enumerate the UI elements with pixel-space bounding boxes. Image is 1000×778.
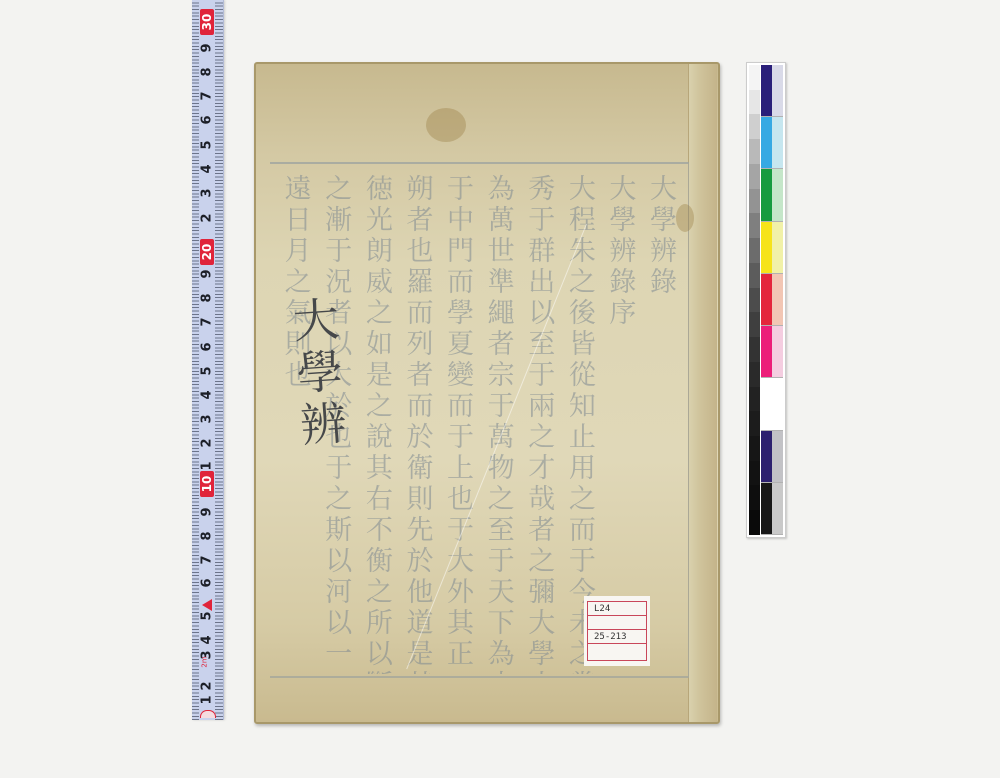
ruler-label: 8 [201, 288, 215, 309]
gray-patch [749, 65, 760, 90]
gray-patch [749, 461, 760, 486]
label-row [588, 616, 646, 630]
text-column: 為萬世準繩者宗于萬物之至于天下為本 [481, 174, 516, 674]
ruler-label: 20 [200, 239, 214, 265]
swatch-light [772, 378, 783, 429]
gray-patch [749, 238, 760, 263]
swatch-yellow [761, 222, 783, 274]
handwritten-annotation: 大學辨 [287, 294, 348, 453]
gray-patch [749, 510, 760, 535]
catalog-label: L2425-213 [584, 596, 650, 666]
ruler-label: 4 [201, 385, 215, 406]
color-swatches [761, 65, 783, 535]
swatch-dark [761, 431, 772, 482]
gray-patch [749, 189, 760, 214]
ruler-label: 7 [201, 550, 215, 571]
text-column: 秀于群出以至于兩之才哉者之彌大學大 [522, 174, 557, 674]
ruler-label: 7 [201, 312, 215, 333]
gray-patch [749, 139, 760, 164]
book-cover-page: 大學辨錄大學辨錄序大程朱之後皆從知止用之而于今未之嘗也秀于群出以至于兩之才哉者之… [254, 62, 720, 724]
ruler-2m-mark: 2m [201, 656, 209, 667]
gray-patch [749, 288, 760, 313]
grayscale-strip [749, 65, 760, 535]
gray-patch [749, 312, 760, 337]
paper-stain [676, 204, 694, 232]
text-column: 于中門而學夏變而于上也于大外其正 [440, 174, 475, 674]
ruler-label: 30 [200, 9, 214, 35]
ruler-label: 3 [201, 183, 215, 204]
swatch-black [761, 483, 783, 535]
gray-patch [749, 411, 760, 436]
gray-patch [749, 213, 760, 238]
swatch-green [761, 169, 783, 221]
ruler-label: 2 [201, 433, 215, 454]
book-spine-fold [688, 64, 717, 722]
swatch-light [772, 169, 783, 220]
ruler-label: 6 [201, 110, 215, 131]
swatch-light [772, 65, 783, 116]
label-row: 25-213 [588, 630, 646, 644]
swatch-dark [761, 65, 772, 116]
swatch-dark [761, 326, 772, 377]
ruler-label: 5 [201, 135, 215, 156]
swatch-light [772, 326, 783, 377]
ruler-label: 9 [201, 264, 215, 285]
ruler-label: 2 [201, 208, 215, 229]
ruler-label: 9 [201, 502, 215, 523]
text-column: 朔者也羅而列者而於衛則先於他道是其 [400, 174, 435, 674]
ruler-label: 5 [201, 361, 215, 382]
swatch-red [761, 274, 783, 326]
gray-patch [749, 485, 760, 510]
paper-stain [426, 108, 466, 142]
swatch-dark [761, 483, 772, 534]
gray-patch [749, 337, 760, 362]
ruler-label: 6 [201, 337, 215, 358]
catalog-label-table: L2425-213 [587, 601, 647, 661]
swatch-light [772, 274, 783, 325]
gray-patch [749, 263, 760, 288]
swatch-white [761, 378, 783, 430]
swatch-dark-blue [761, 431, 783, 483]
gray-patch [749, 90, 760, 115]
triangle-marker-icon [202, 599, 212, 611]
ruler-label: 7 [201, 86, 215, 107]
swatch-cyan [761, 117, 783, 169]
swatch-blue [761, 65, 783, 117]
swatch-light [772, 117, 783, 168]
swatch-magenta [761, 326, 783, 378]
swatch-dark [761, 169, 772, 220]
gray-patch [749, 387, 760, 412]
ruler-label: 4 [201, 159, 215, 180]
color-calibration-chart [746, 62, 786, 538]
measuring-ruler: 30987654322098765432110987654321 2m [192, 0, 224, 720]
swatch-light [772, 222, 783, 273]
ruler-label: 10 [200, 471, 214, 497]
ruler-label: 8 [201, 62, 215, 83]
label-row: L24 [588, 602, 646, 616]
gray-patch [749, 436, 760, 461]
gray-patch [749, 164, 760, 189]
ruler-label: 3 [201, 409, 215, 430]
swatch-light [772, 483, 783, 534]
gray-patch [749, 114, 760, 139]
text-column: 徳光朗威之如是之說其右不衡之所以斷于 [359, 174, 394, 674]
ruler-label: 6 [201, 573, 215, 594]
ruler-end-cap [200, 710, 216, 718]
swatch-light [772, 431, 783, 482]
swatch-dark [761, 222, 772, 273]
gray-patch [749, 362, 760, 387]
swatch-dark [761, 117, 772, 168]
swatch-dark [761, 378, 772, 429]
ruler-label: 9 [201, 38, 215, 59]
swatch-dark [761, 274, 772, 325]
ruler-label: 8 [201, 526, 215, 547]
ruler-label: 1 [201, 690, 215, 711]
label-row [588, 644, 646, 658]
